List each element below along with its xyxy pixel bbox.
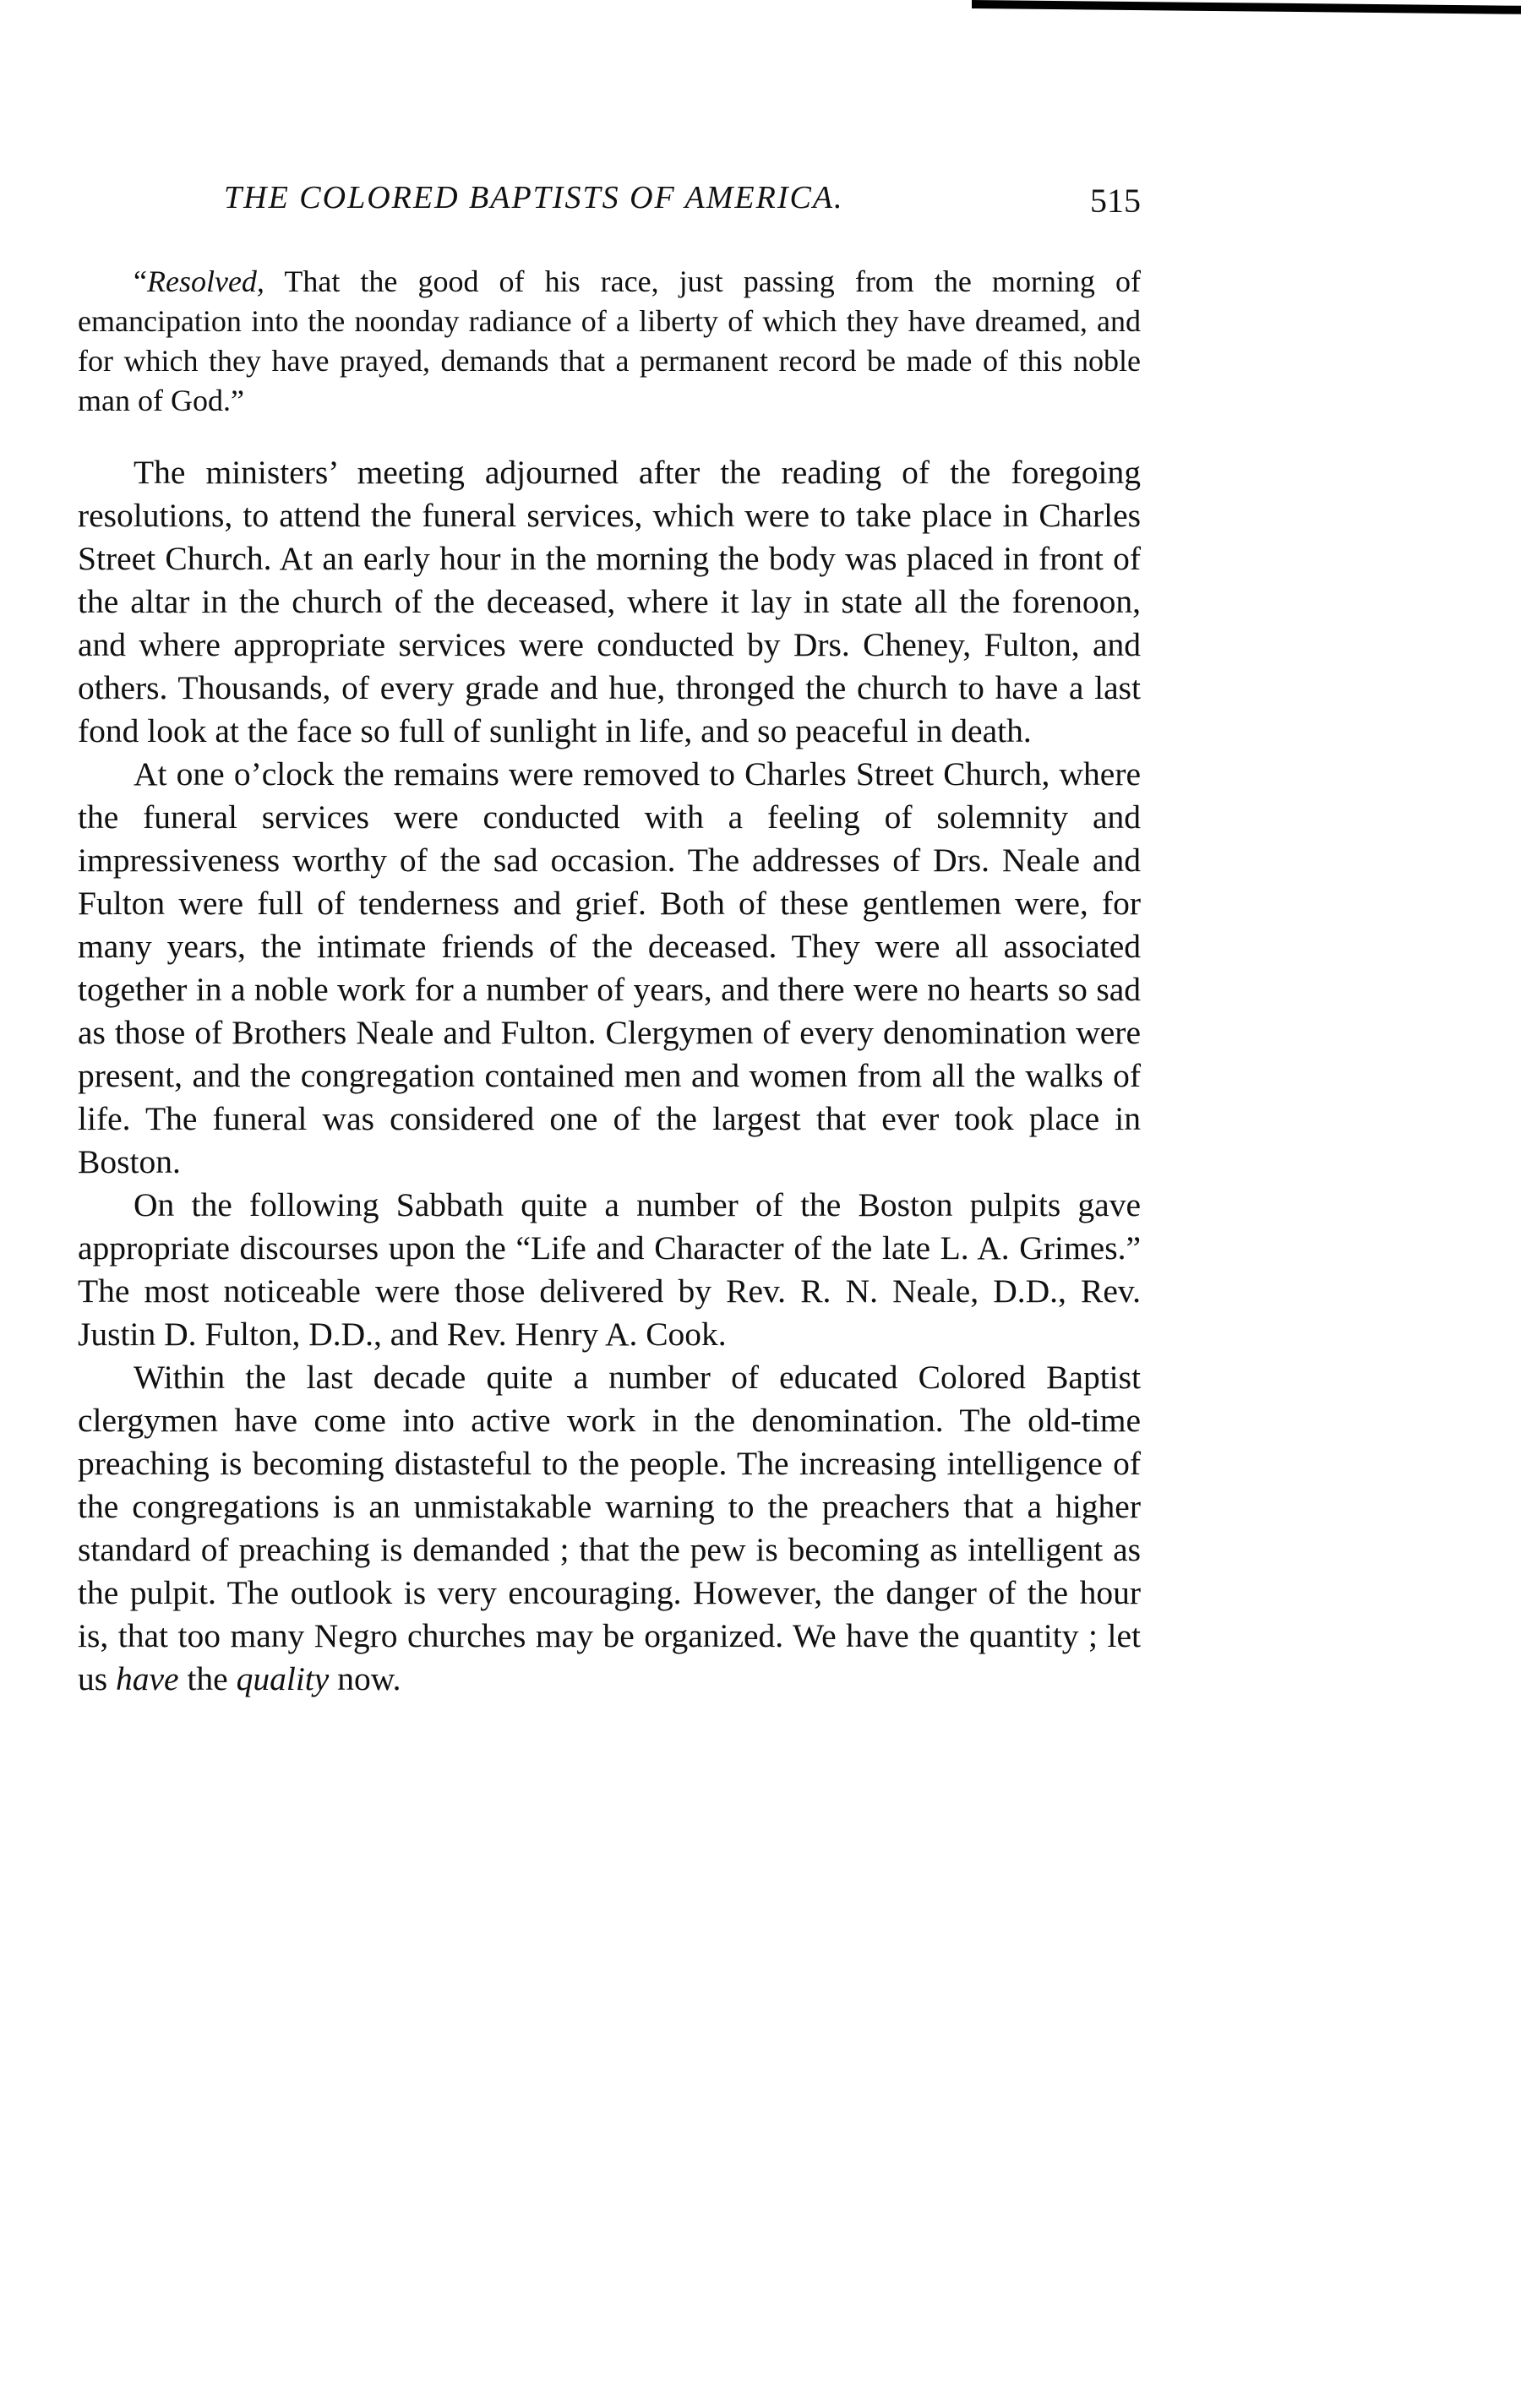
page-body: “Resolved, That the good of his race, ju… bbox=[78, 262, 1141, 1701]
running-title: THE COLORED BAPTISTS OF AMERICA. bbox=[224, 179, 844, 216]
open-quote: “ bbox=[134, 264, 147, 298]
resolved-label: Resolved, bbox=[147, 264, 264, 298]
scan-edge-shadow bbox=[972, 0, 1521, 14]
paragraph-educated-clergymen: Within the last decade quite a number of… bbox=[78, 1356, 1141, 1701]
emphasis-quality: quality bbox=[237, 1660, 330, 1697]
page-header: THE COLORED BAPTISTS OF AMERICA. 515 bbox=[224, 179, 1141, 221]
paragraph-sabbath-discourses: On the following Sabbath quite a number … bbox=[78, 1184, 1141, 1356]
paragraph-ministers-meeting: The ministers’ meeting adjourned after t… bbox=[78, 451, 1141, 753]
paragraph-funeral-services: At one o’clock the remains were removed … bbox=[78, 753, 1141, 1184]
page-number: 515 bbox=[1090, 181, 1141, 221]
paragraph-text-mid: the bbox=[179, 1660, 237, 1697]
paragraph-text: Within the last decade quite a number of… bbox=[78, 1359, 1141, 1697]
paragraph-text-tail: now. bbox=[329, 1660, 401, 1697]
emphasis-have: have bbox=[116, 1660, 179, 1697]
resolution-quote: “Resolved, That the good of his race, ju… bbox=[78, 262, 1141, 421]
